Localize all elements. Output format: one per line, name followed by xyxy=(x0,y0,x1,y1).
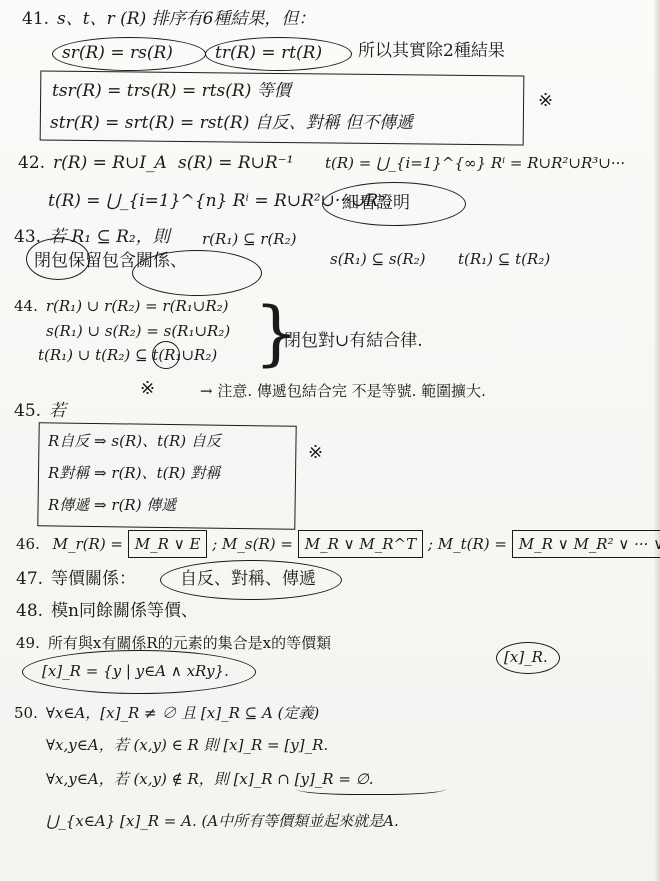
item-50-line1: 50.∀x∈A，[x]_R ≠ ∅ 且 [x]_R ⊆ A (定義) xyxy=(14,702,319,724)
item-44-brace-note: 閉包對∪有結合律. xyxy=(284,330,423,352)
circle-subset xyxy=(152,341,180,369)
item-41-box-line2: str(R) = srt(R) = rst(R) 自反、對稱 但不傳遞 xyxy=(50,112,413,134)
item-42-t-inf: t(R) = ⋃_{i=1}^{∞} Rⁱ = R∪R²∪R³∪··· xyxy=(325,152,625,174)
item-49-formula: [x]_R = {y | y∈A ∧ xRy}. xyxy=(42,660,229,682)
page-edge xyxy=(654,0,660,881)
important-mark-icon: ※ xyxy=(308,442,323,463)
item-45-heading: 45.若 xyxy=(14,400,66,422)
item-45-box-line1: R自反 ⇒ s(R)、t(R) 自反 xyxy=(48,430,221,452)
item-48-line: 48.模n同餘關係等價、 xyxy=(16,600,198,622)
important-mark-icon: ※ xyxy=(538,90,553,111)
wavy-underline xyxy=(296,780,446,795)
item-44-line1: 44.r(R₁) ∪ r(R₂) = r(R₁∪R₂) xyxy=(14,295,229,317)
item-47-circled: 自反、對稱、傳遞 xyxy=(180,568,316,590)
item-44-line2: s(R₁) ∪ s(R₂) = s(R₁∪R₂) xyxy=(46,320,230,342)
item-41-line1: 41.s、t、r (R) 排序有6種結果，但： xyxy=(22,8,315,30)
arrow-icon: → xyxy=(200,382,217,400)
item-41-tr: tr(R) = rt(R) xyxy=(215,42,322,64)
ms-formula-box: M_R ∨ M_R^T xyxy=(298,530,423,558)
item-50-line2: ∀x,y∈A，若 (x,y) ∈ R 則 [x]_R = [y]_R. xyxy=(46,734,328,756)
item-44-arrow-note: → 注意. 傳遞包結合完 不是等號. 範圍擴大. xyxy=(200,380,486,402)
item-41-sr: sr(R) = rs(R) xyxy=(62,42,173,64)
item-50-line4: ⋃_{x∈A} [x]_R = A. (A中所有等價類並起來就是A. xyxy=(46,810,399,832)
item-41-conclusion: 所以其實除2種結果 xyxy=(358,40,505,62)
item-42-s: s(R) = R∪R⁻¹ xyxy=(178,152,293,174)
item-42-line1: 42.r(R) = R∪I_A xyxy=(18,152,167,174)
item-46-line: 46. M_r(R) = M_R ∨ E ; M_s(R) = M_R ∨ M_… xyxy=(16,530,660,558)
mr-formula-box: M_R ∨ E xyxy=(128,530,208,558)
item-47-line: 47.等價關係： xyxy=(16,568,136,590)
item-49-circled: [x]_R. xyxy=(504,646,548,668)
item-43-s: s(R₁) ⊆ s(R₂) xyxy=(330,248,426,270)
item-43-t: t(R₁) ⊆ t(R₂) xyxy=(458,248,550,270)
item-41-box-line1: tsr(R) = trs(R) = rts(R) 等價 xyxy=(52,80,291,102)
item-43-r: r(R₁) ⊆ r(R₂) xyxy=(202,228,296,250)
item-44-line3: t(R₁) ∪ t(R₂) ⊆ t(R₁∪R₂) xyxy=(38,344,217,366)
item-45-box-line3: R傳遞 ⇒ r(R) 傳遞 xyxy=(48,494,176,516)
important-mark-icon: ※ xyxy=(140,378,155,399)
item-45-box-line2: R對稱 ⇒ r(R)、t(R) 對稱 xyxy=(48,462,220,484)
mt-formula-box: M_R ∨ M_R² ∨ ··· ∨ M_Rⁿ xyxy=(512,530,660,558)
item-42-note: 細看證明 xyxy=(342,192,410,214)
item-43-line2: 閉包保留包含關係、 xyxy=(34,250,187,272)
